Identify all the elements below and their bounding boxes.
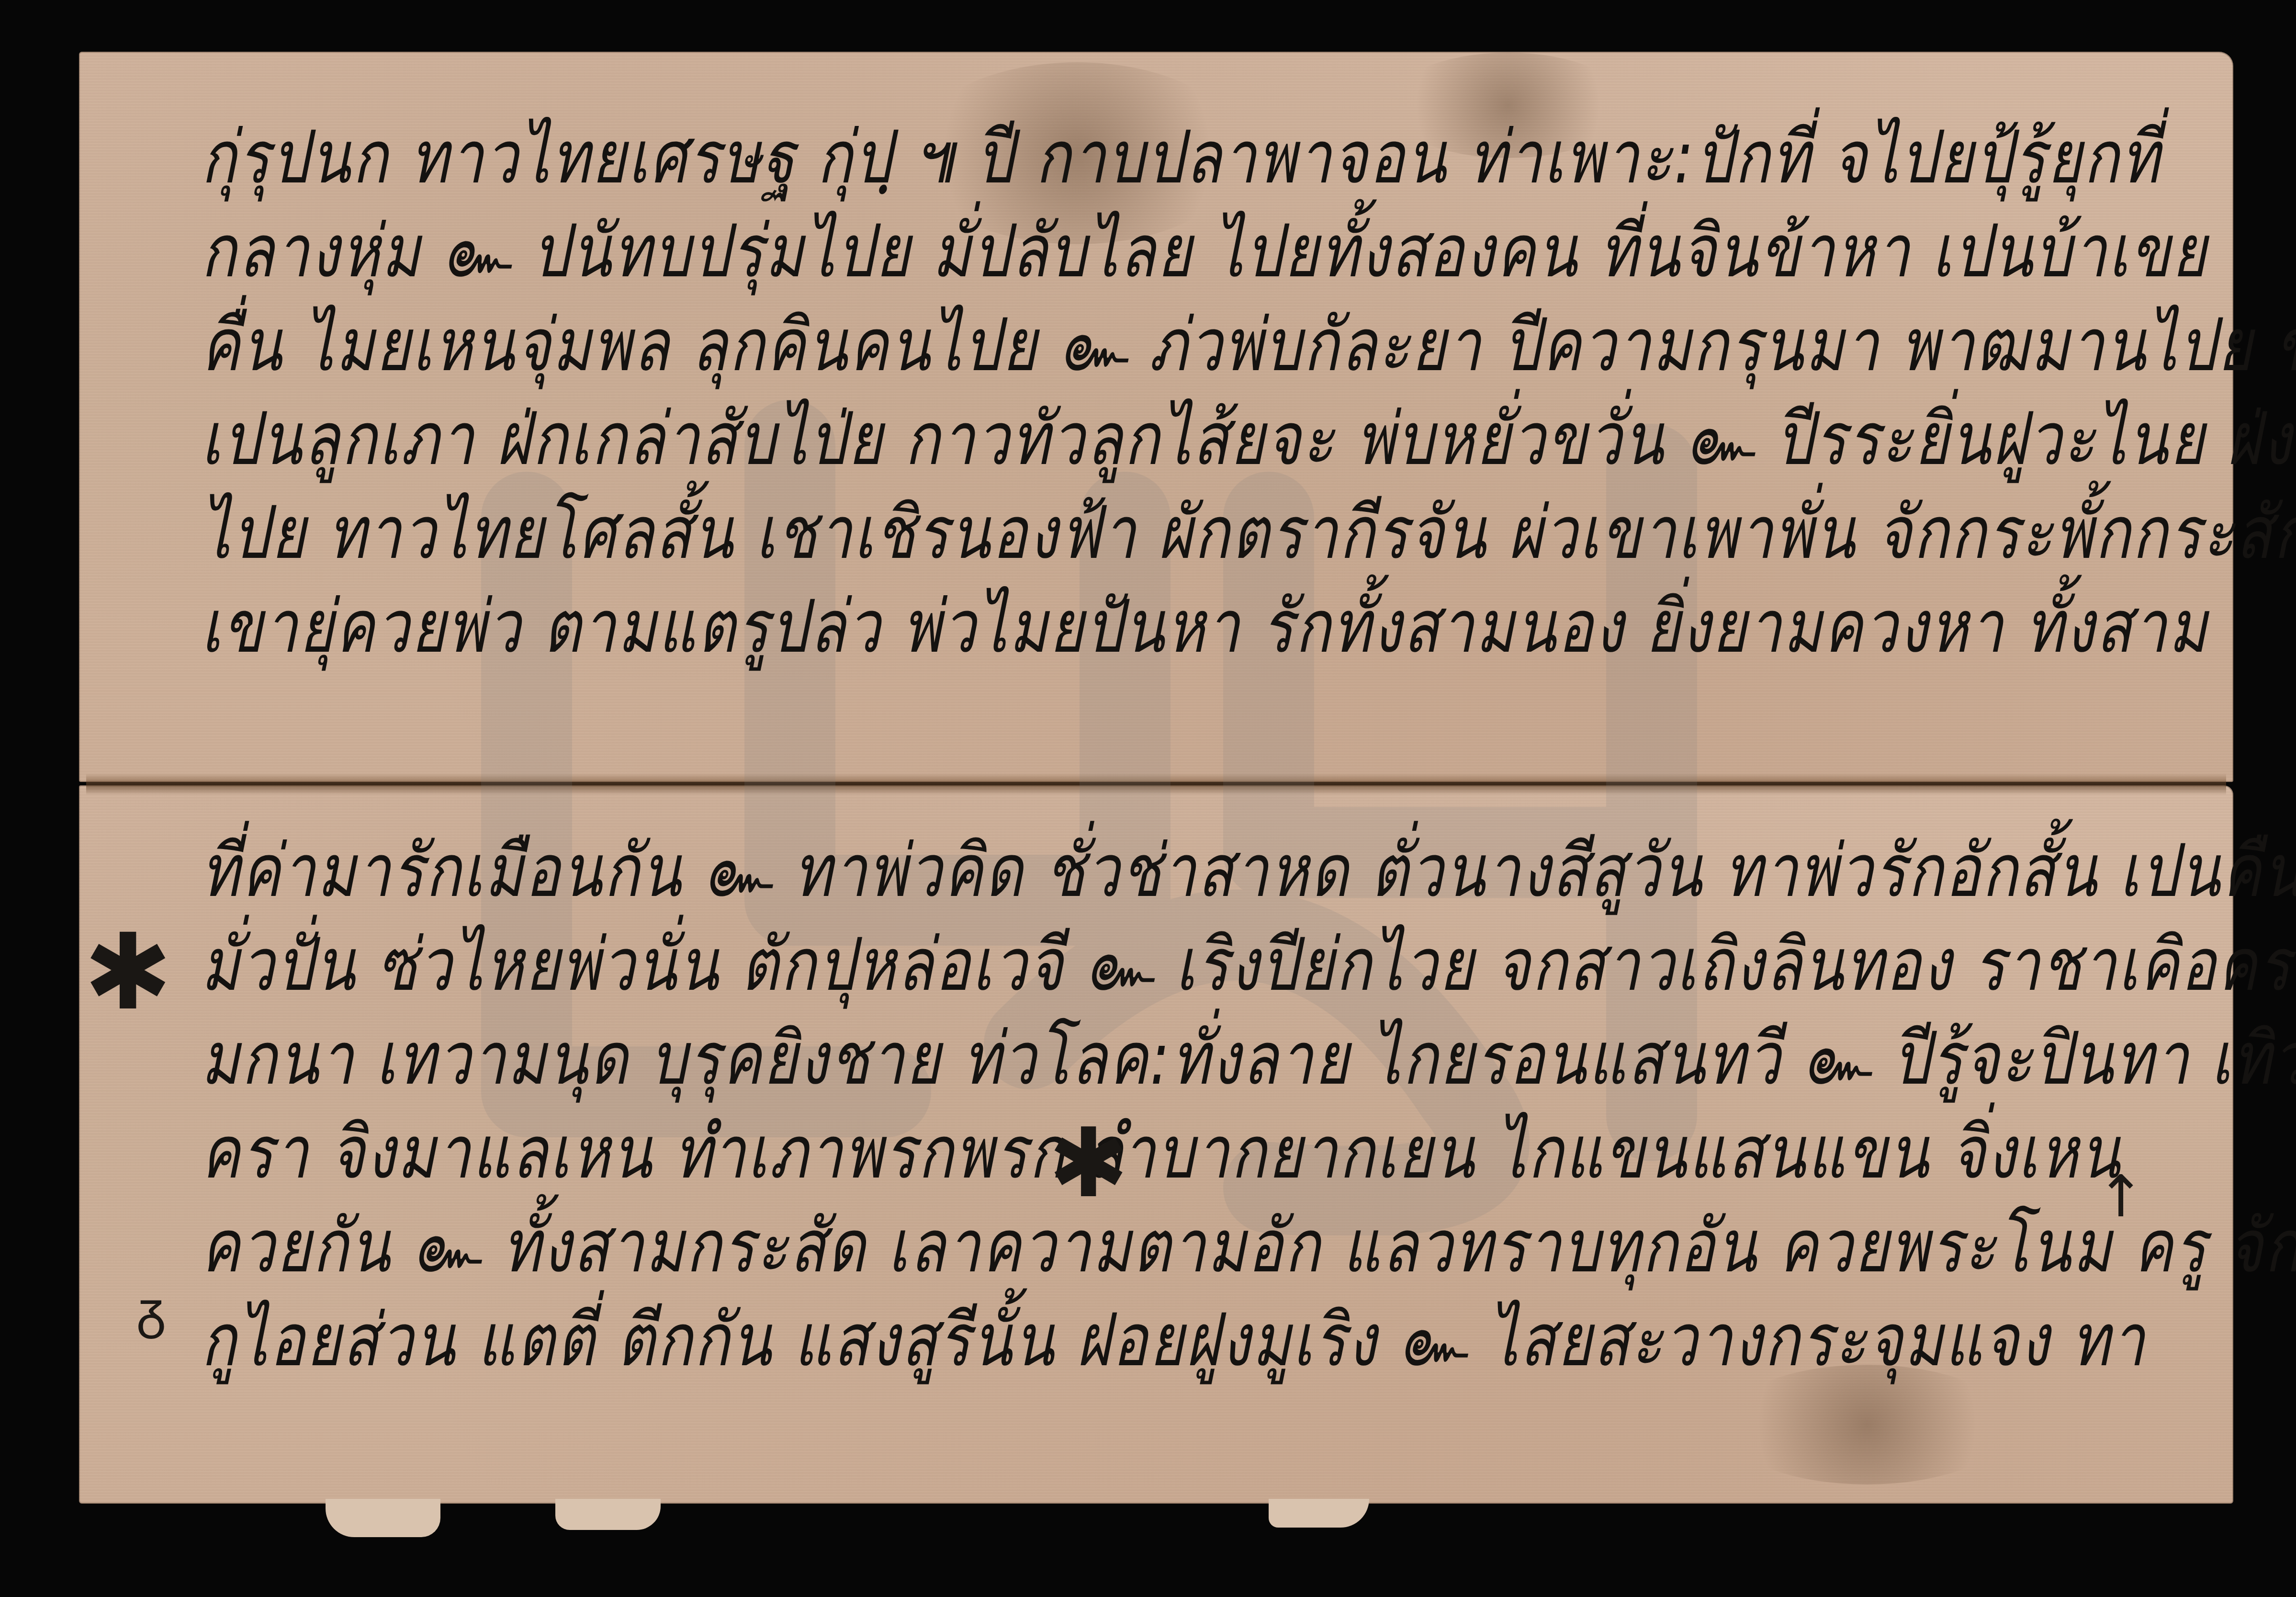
caret-up-icon: ↑ — [2097, 1168, 2145, 1226]
fold-crease — [86, 773, 2226, 795]
torn-paper-fragment — [555, 1499, 661, 1530]
torn-paper-fragment — [1269, 1499, 1369, 1528]
text-line: กูไอยส่วน แตตี่ ตีกกัน แสงสูรีนั้น ฝอยฝู… — [201, 1281, 2126, 1399]
manuscript-text-bottom: ที่ค่ามารักเมือนกัน ๛ ทาพ่วคิด ชั่วช่าสา… — [201, 824, 2126, 1387]
ink-splatter-icon: ✱ — [84, 919, 172, 1025]
margin-mark-icon: ᵹ — [136, 1283, 166, 1336]
text-line: เขายุ่ควยพ่ว ตามแตรูปล่ว พ่วไมยปันหา รัก… — [201, 568, 2126, 685]
torn-paper-fragment — [326, 1499, 440, 1537]
manuscript-text-top: กุ่รุปนก ทาวไทยเศรษฐ กุ่ปฺ ๚ ปี กาบปลาพา… — [201, 110, 2126, 673]
ink-splatter-icon: ✱ — [1048, 1116, 1129, 1212]
